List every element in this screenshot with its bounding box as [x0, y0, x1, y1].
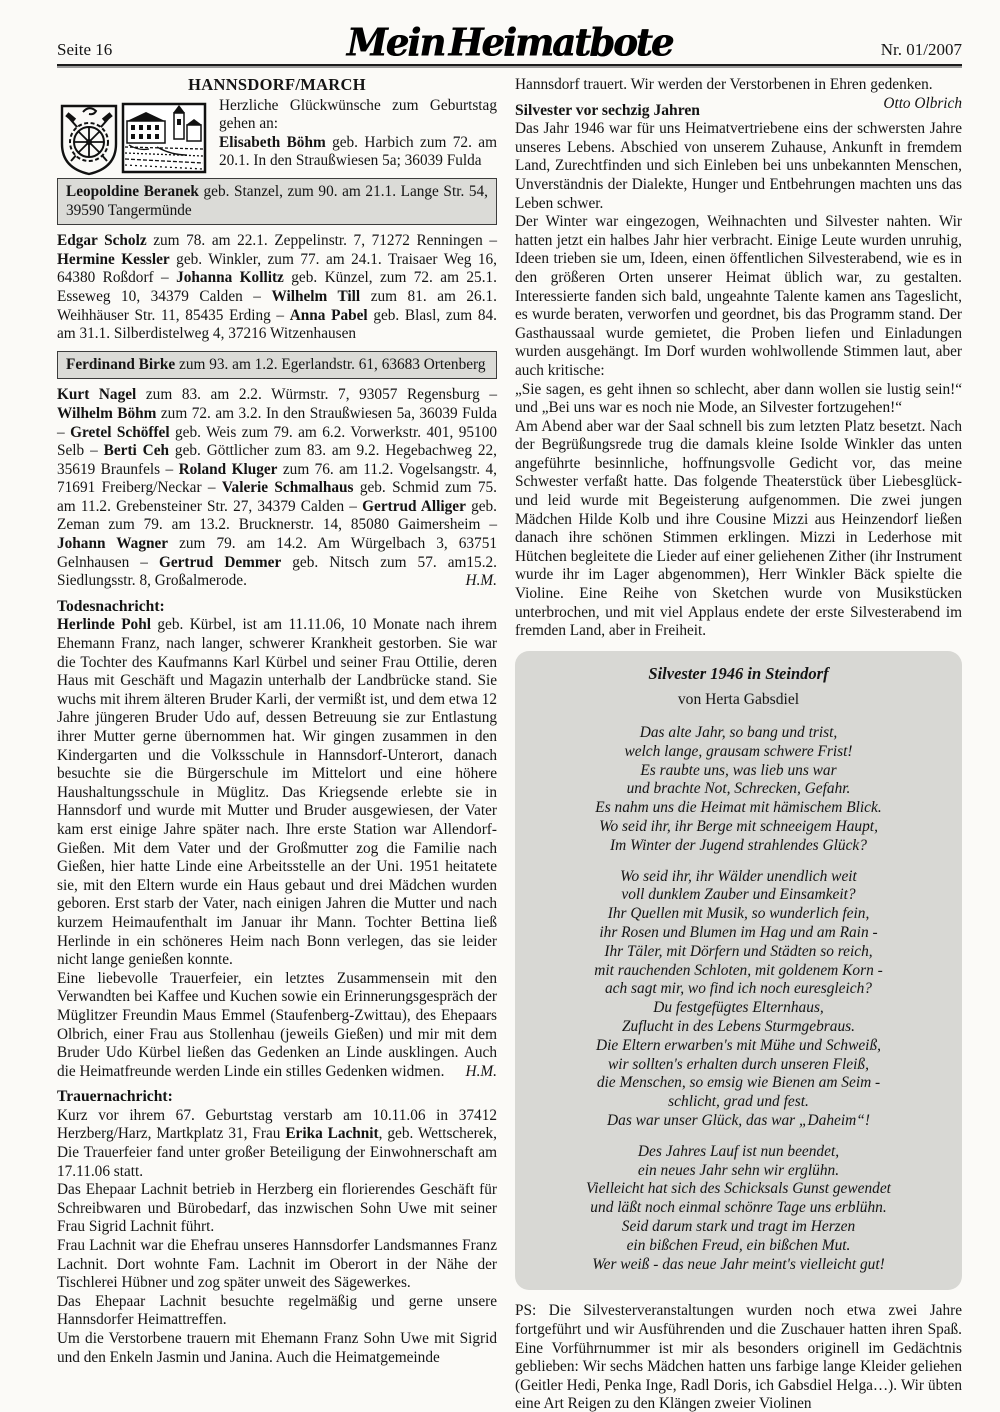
silvester-paragraph-2: Der Winter war eingezogen, Weihnachten u… — [515, 213, 962, 380]
silvester-paragraph-1: Das Jahr 1946 war für uns Heimatvertrieb… — [515, 120, 962, 213]
poem-stanza-1: Das alte Jahr, so bang und trist,welch l… — [527, 724, 950, 856]
page-header: Seite 16 Mein Heimatbote Nr. 01/2007 — [57, 26, 962, 62]
obituary-paragraph-2: Eine liebevolle Trauerfeier, ein letztes… — [57, 970, 497, 1082]
mourning-paragraph-3: Frau Lachnit war die Ehefrau unseres Han… — [57, 1237, 497, 1293]
poem-stanza-3: Des Jahres Lauf ist nun beendet,ein neue… — [527, 1143, 950, 1275]
birthday-highlight-box-2: Ferdinand Birke zum 93. am 1.2. Egerland… — [57, 351, 497, 380]
article-columns: HANNSDORF/MARCH — [57, 76, 962, 1412]
crest-and-town-engraving — [57, 99, 209, 179]
author-name: Otto Olbrich — [883, 95, 962, 114]
poem-title: Silvester 1946 in Steindorf — [527, 665, 950, 684]
silvester-paragraph-3: Am Abend aber war der Saal schnell bis z… — [515, 418, 962, 641]
author-initials-2: H.M. — [466, 1063, 497, 1082]
poem-byline: von Herta Gabsdiel — [527, 691, 950, 710]
silvester-quotes: „Sie sagen, es geht ihnen so schlecht, a… — [515, 381, 962, 418]
birthday-highlight-box: Leopoldine Beranek geb. Stanzel, zum 90.… — [57, 178, 497, 225]
poem-stanza-2: Wo seid ihr, ihr Wälder unendlich weitvo… — [527, 868, 950, 1131]
birthday-list-february: Kurt Nagel zum 83. am 2.2. Würmstr. 7, 9… — [57, 386, 497, 591]
birthday-intro: Herzliche Glückwünsche zum Geburtstag ge… — [57, 97, 497, 171]
poem-box: Silvester 1946 in Steindorf von Herta Ga… — [515, 651, 962, 1291]
obituary-heading: Todesnachricht: — [57, 598, 497, 617]
mourning-paragraph-4: Das Ehepaar Lachnit besuchte regelmäßig … — [57, 1293, 497, 1330]
issue-number: Nr. 01/2007 — [881, 40, 962, 60]
mourning-paragraph-5: Um die Verstorbene trauern mit Ehemann F… — [57, 1330, 497, 1367]
birthday-list-january: Edgar Scholz zum 78. am 22.1. Zeppelinst… — [57, 232, 497, 344]
author-initials: H.M. — [466, 572, 497, 591]
newspaper-page: Seite 16 Mein Heimatbote Nr. 01/2007 HAN… — [0, 0, 1000, 1412]
mourning-closing: Hannsdorf trauert. Wir werden der Versto… — [515, 76, 962, 95]
mourning-paragraph-1: Kurz vor ihrem 67. Geburtstag verstarb a… — [57, 1107, 497, 1181]
mourning-heading: Trauernachricht: — [57, 1088, 497, 1107]
section-title: HANNSDORF/MARCH — [57, 76, 497, 95]
highlight-box-text-2: Ferdinand Birke zum 93. am 1.2. Egerland… — [66, 356, 488, 375]
header-rule — [57, 64, 962, 68]
obituary-paragraph-1: Herlinde Pohl geb. Kürbel, ist am 11.11.… — [57, 616, 497, 969]
postscript-paragraph: PS: Die Silvesterveranstaltungen wurden … — [515, 1302, 962, 1412]
mourning-paragraph-2: Das Ehepaar Lachnit betrieb in Herzberg … — [57, 1181, 497, 1237]
masthead: Mein Heimatbote — [57, 19, 962, 65]
town-crest-image — [57, 99, 209, 179]
left-column: HANNSDORF/MARCH — [57, 76, 497, 1412]
highlight-box-text: Leopoldine Beranek geb. Stanzel, zum 90.… — [66, 183, 488, 220]
right-column: Hannsdorf trauert. Wir werden der Versto… — [515, 76, 962, 1412]
